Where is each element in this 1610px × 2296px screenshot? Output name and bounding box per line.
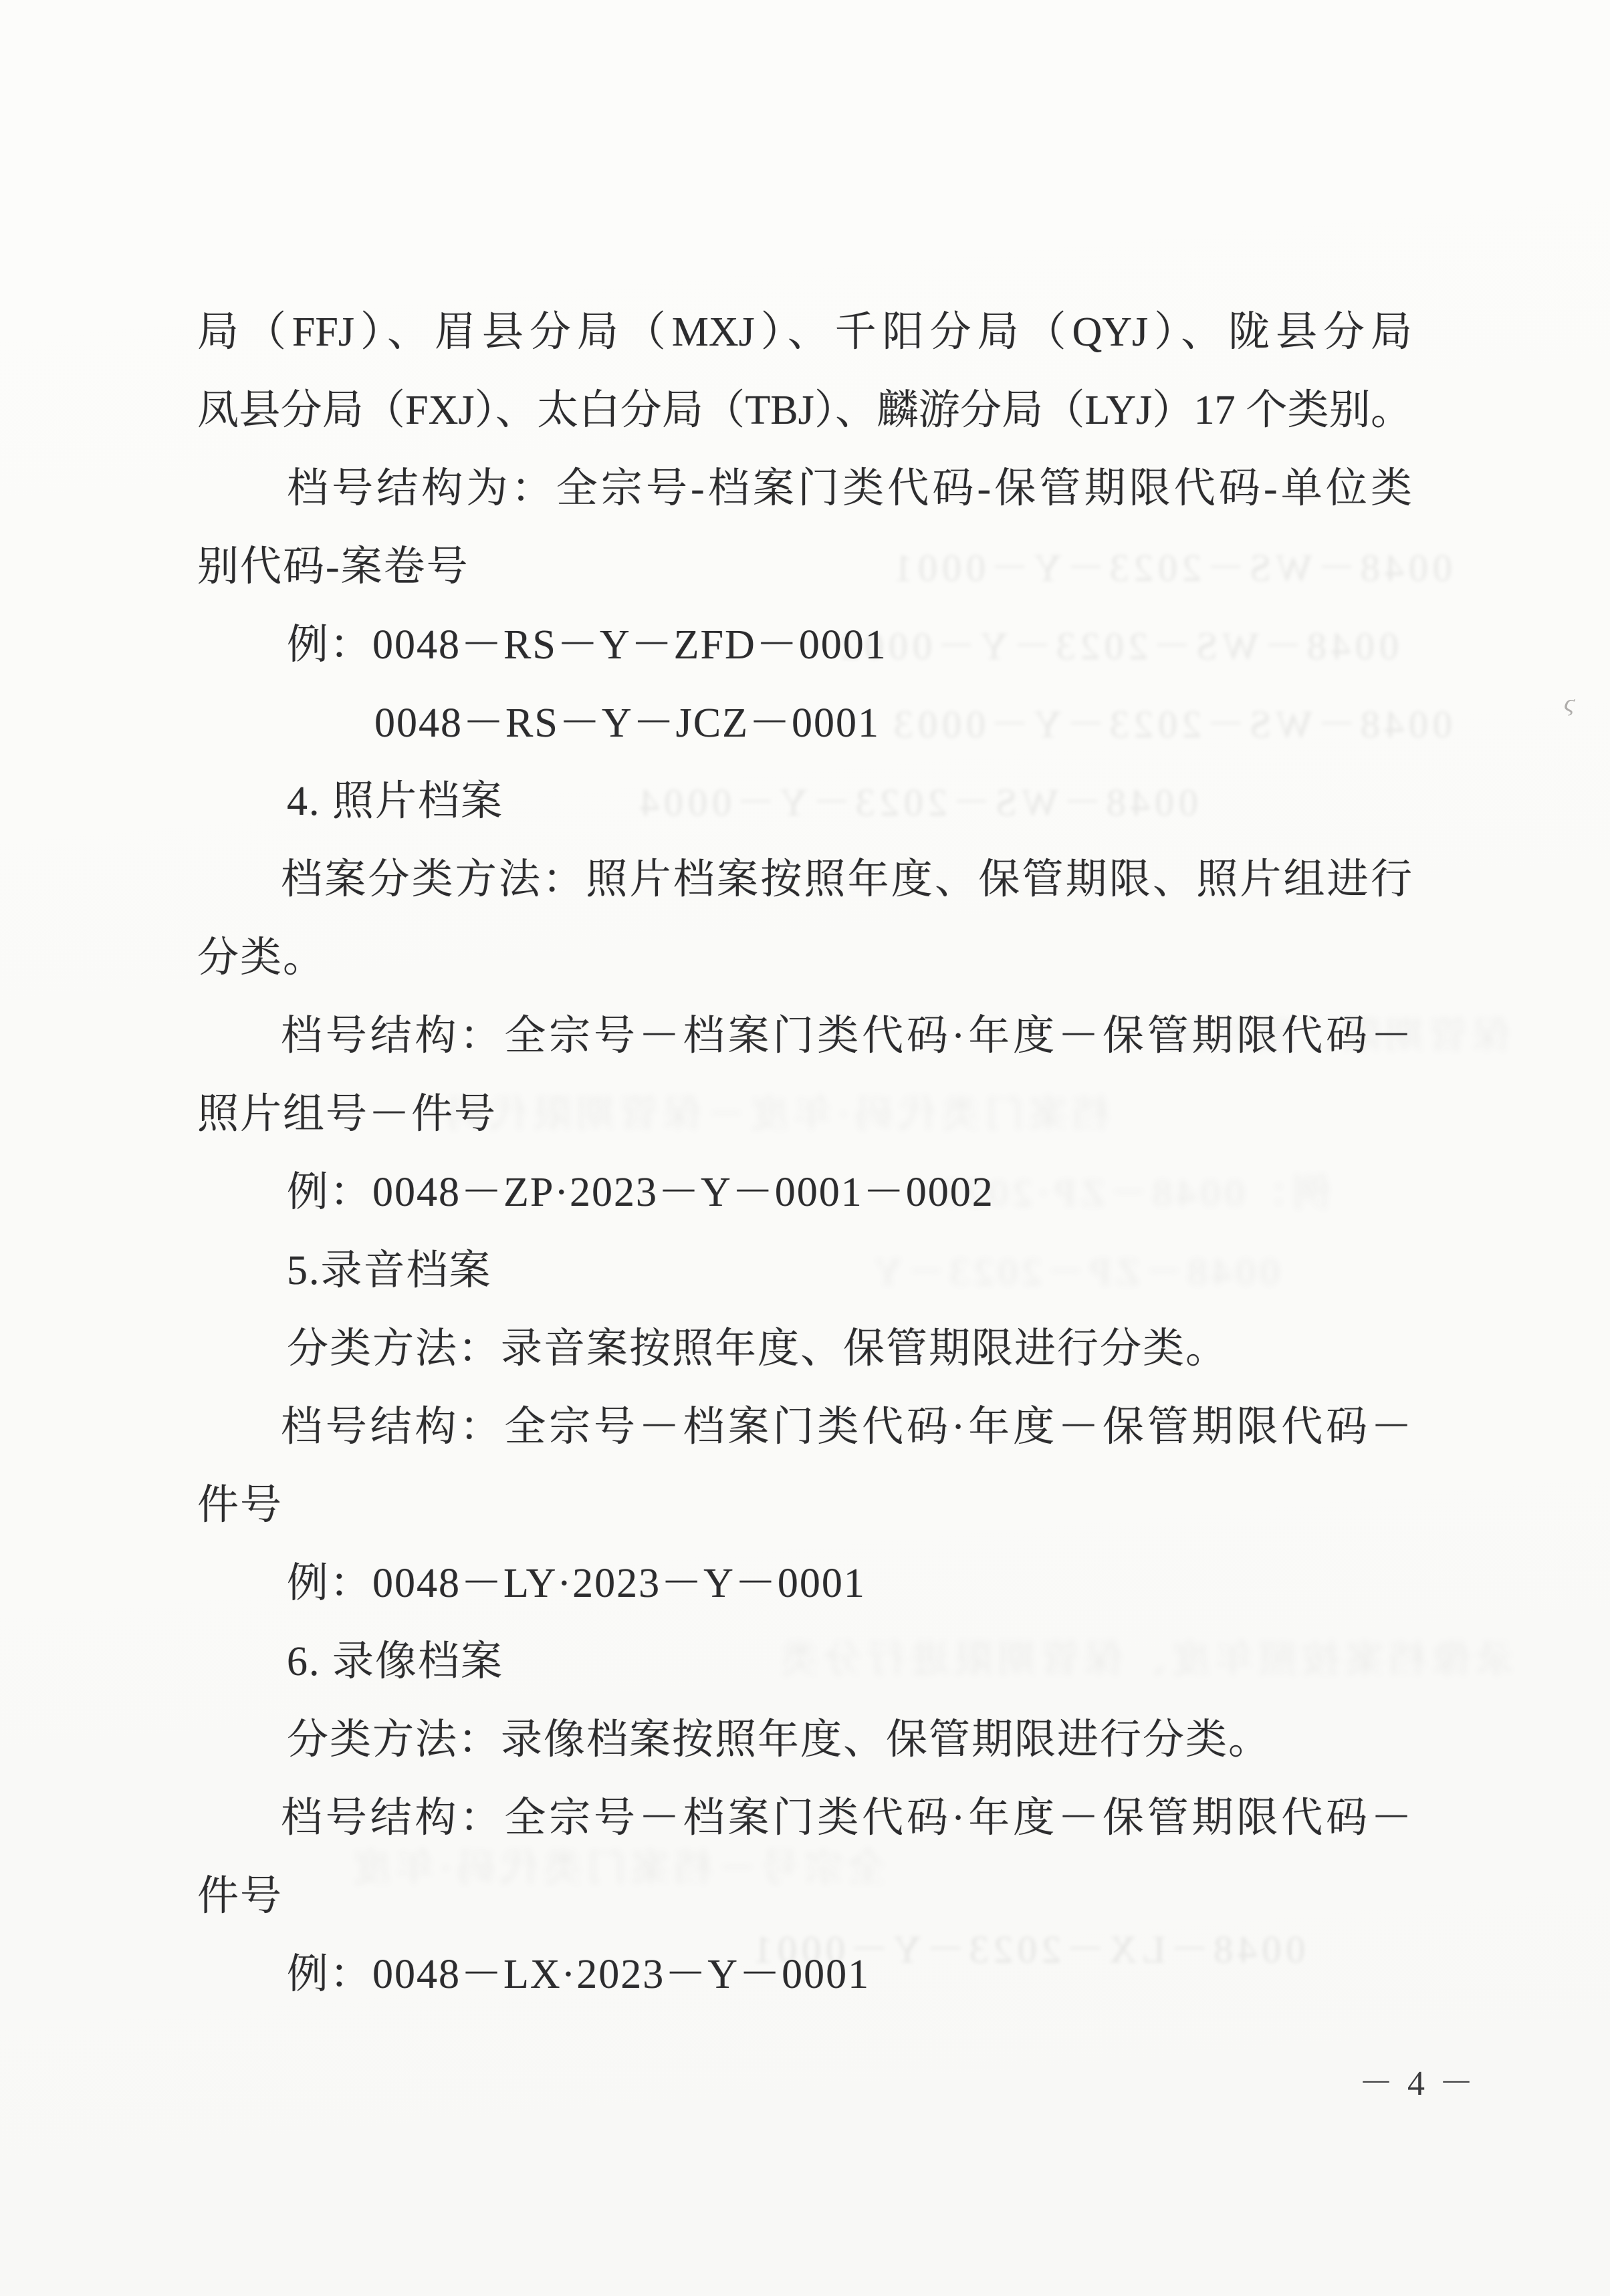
text-line-audio-classification: 分类方法：录音案按照年度、保管期限进行分类。: [287, 1310, 1228, 1389]
page-number: － 4 －: [1357, 2060, 1478, 2108]
text-line-photo-classification: 档案分类方法：照片档案按照年度、保管期限、照片组进行: [281, 841, 1412, 920]
text-line-audio-danghao-2: 件号: [197, 1466, 283, 1545]
bleed-through-artifact: 档案门类代码·年度－保管期限代码: [441, 1077, 1111, 1151]
bleed-through-artifact: 0048－WS－2023－Y－0003: [889, 688, 1452, 761]
text-line-video-danghao: 档号结构：全宗号－档案门类代码·年度－保管期限代码－: [281, 1779, 1412, 1858]
text-line-video-danghao-2: 件号: [197, 1858, 283, 1936]
text-line-example-rs-jcz: 0048－RS－Y－JCZ－0001: [374, 684, 880, 763]
scanned-document-page: 0048－WS－2023－Y－0001 0048－WS－2023－Y－0002 …: [0, 0, 1610, 2296]
ink-speck: ϛ: [1562, 688, 1579, 719]
heading-photo-archives: 4. 照片档案: [287, 763, 503, 842]
text-line-video-classification: 分类方法：录像档案按照年度、保管期限进行分类。: [287, 1701, 1271, 1780]
bleed-through-artifact: 0048－ZP－2023－Y: [869, 1235, 1280, 1309]
text-line-danghao-structure: 档号结构为：全宗号-档案门类代码-保管期限代码-单位类: [287, 450, 1412, 529]
text-line-danghao-structure-2: 别代码-案卷号: [197, 528, 469, 607]
text-line-branch-list-1: 局（FFJ）、眉县分局（MXJ）、千阳分局（QYJ）、陇县分局（LXJ）、: [197, 293, 1412, 372]
heading-video-archives: 6. 录像档案: [287, 1623, 503, 1702]
bleed-through-artifact: 例：0048－ZP·2023: [936, 1156, 1331, 1230]
bleed-through-artifact: 录像档案按照年度、保管期限进行分类: [776, 1623, 1514, 1696]
bleed-through-artifact: 0048－WS－2023－Y－0001: [889, 531, 1452, 605]
text-line-audio-danghao: 档号结构：全宗号－档案门类代码·年度－保管期限代码－: [281, 1388, 1412, 1467]
text-line-example-lx: 例：0048－LX·2023－Y－0001: [287, 1936, 870, 2015]
text-line-example-zp: 例：0048－ZP·2023－Y－0001－0002: [287, 1154, 994, 1233]
text-line-photo-classification-2: 分类。: [197, 919, 326, 998]
text-line-example-ly: 例：0048－LY·2023－Y－0001: [287, 1545, 866, 1624]
bleed-through-artifact: 0048－WS－2023－Y－0004: [635, 766, 1198, 840]
text-line-photo-danghao: 档号结构：全宗号－档案门类代码·年度－保管期限代码－: [281, 997, 1412, 1076]
text-line-branch-list-2: 凤县分局（FXJ）、太白分局（TBJ）、麟游分局（LYJ）17 个类别。: [197, 372, 1412, 451]
text-line-example-rs-zfd: 例：0048－RS－Y－ZFD－0001: [287, 606, 887, 685]
heading-audio-archives: 5.录音档案: [287, 1232, 492, 1311]
text-line-photo-danghao-2: 照片组号－件号: [197, 1075, 497, 1154]
bleed-through-artifact: 0048－WS－2023－Y－0002: [836, 610, 1399, 683]
